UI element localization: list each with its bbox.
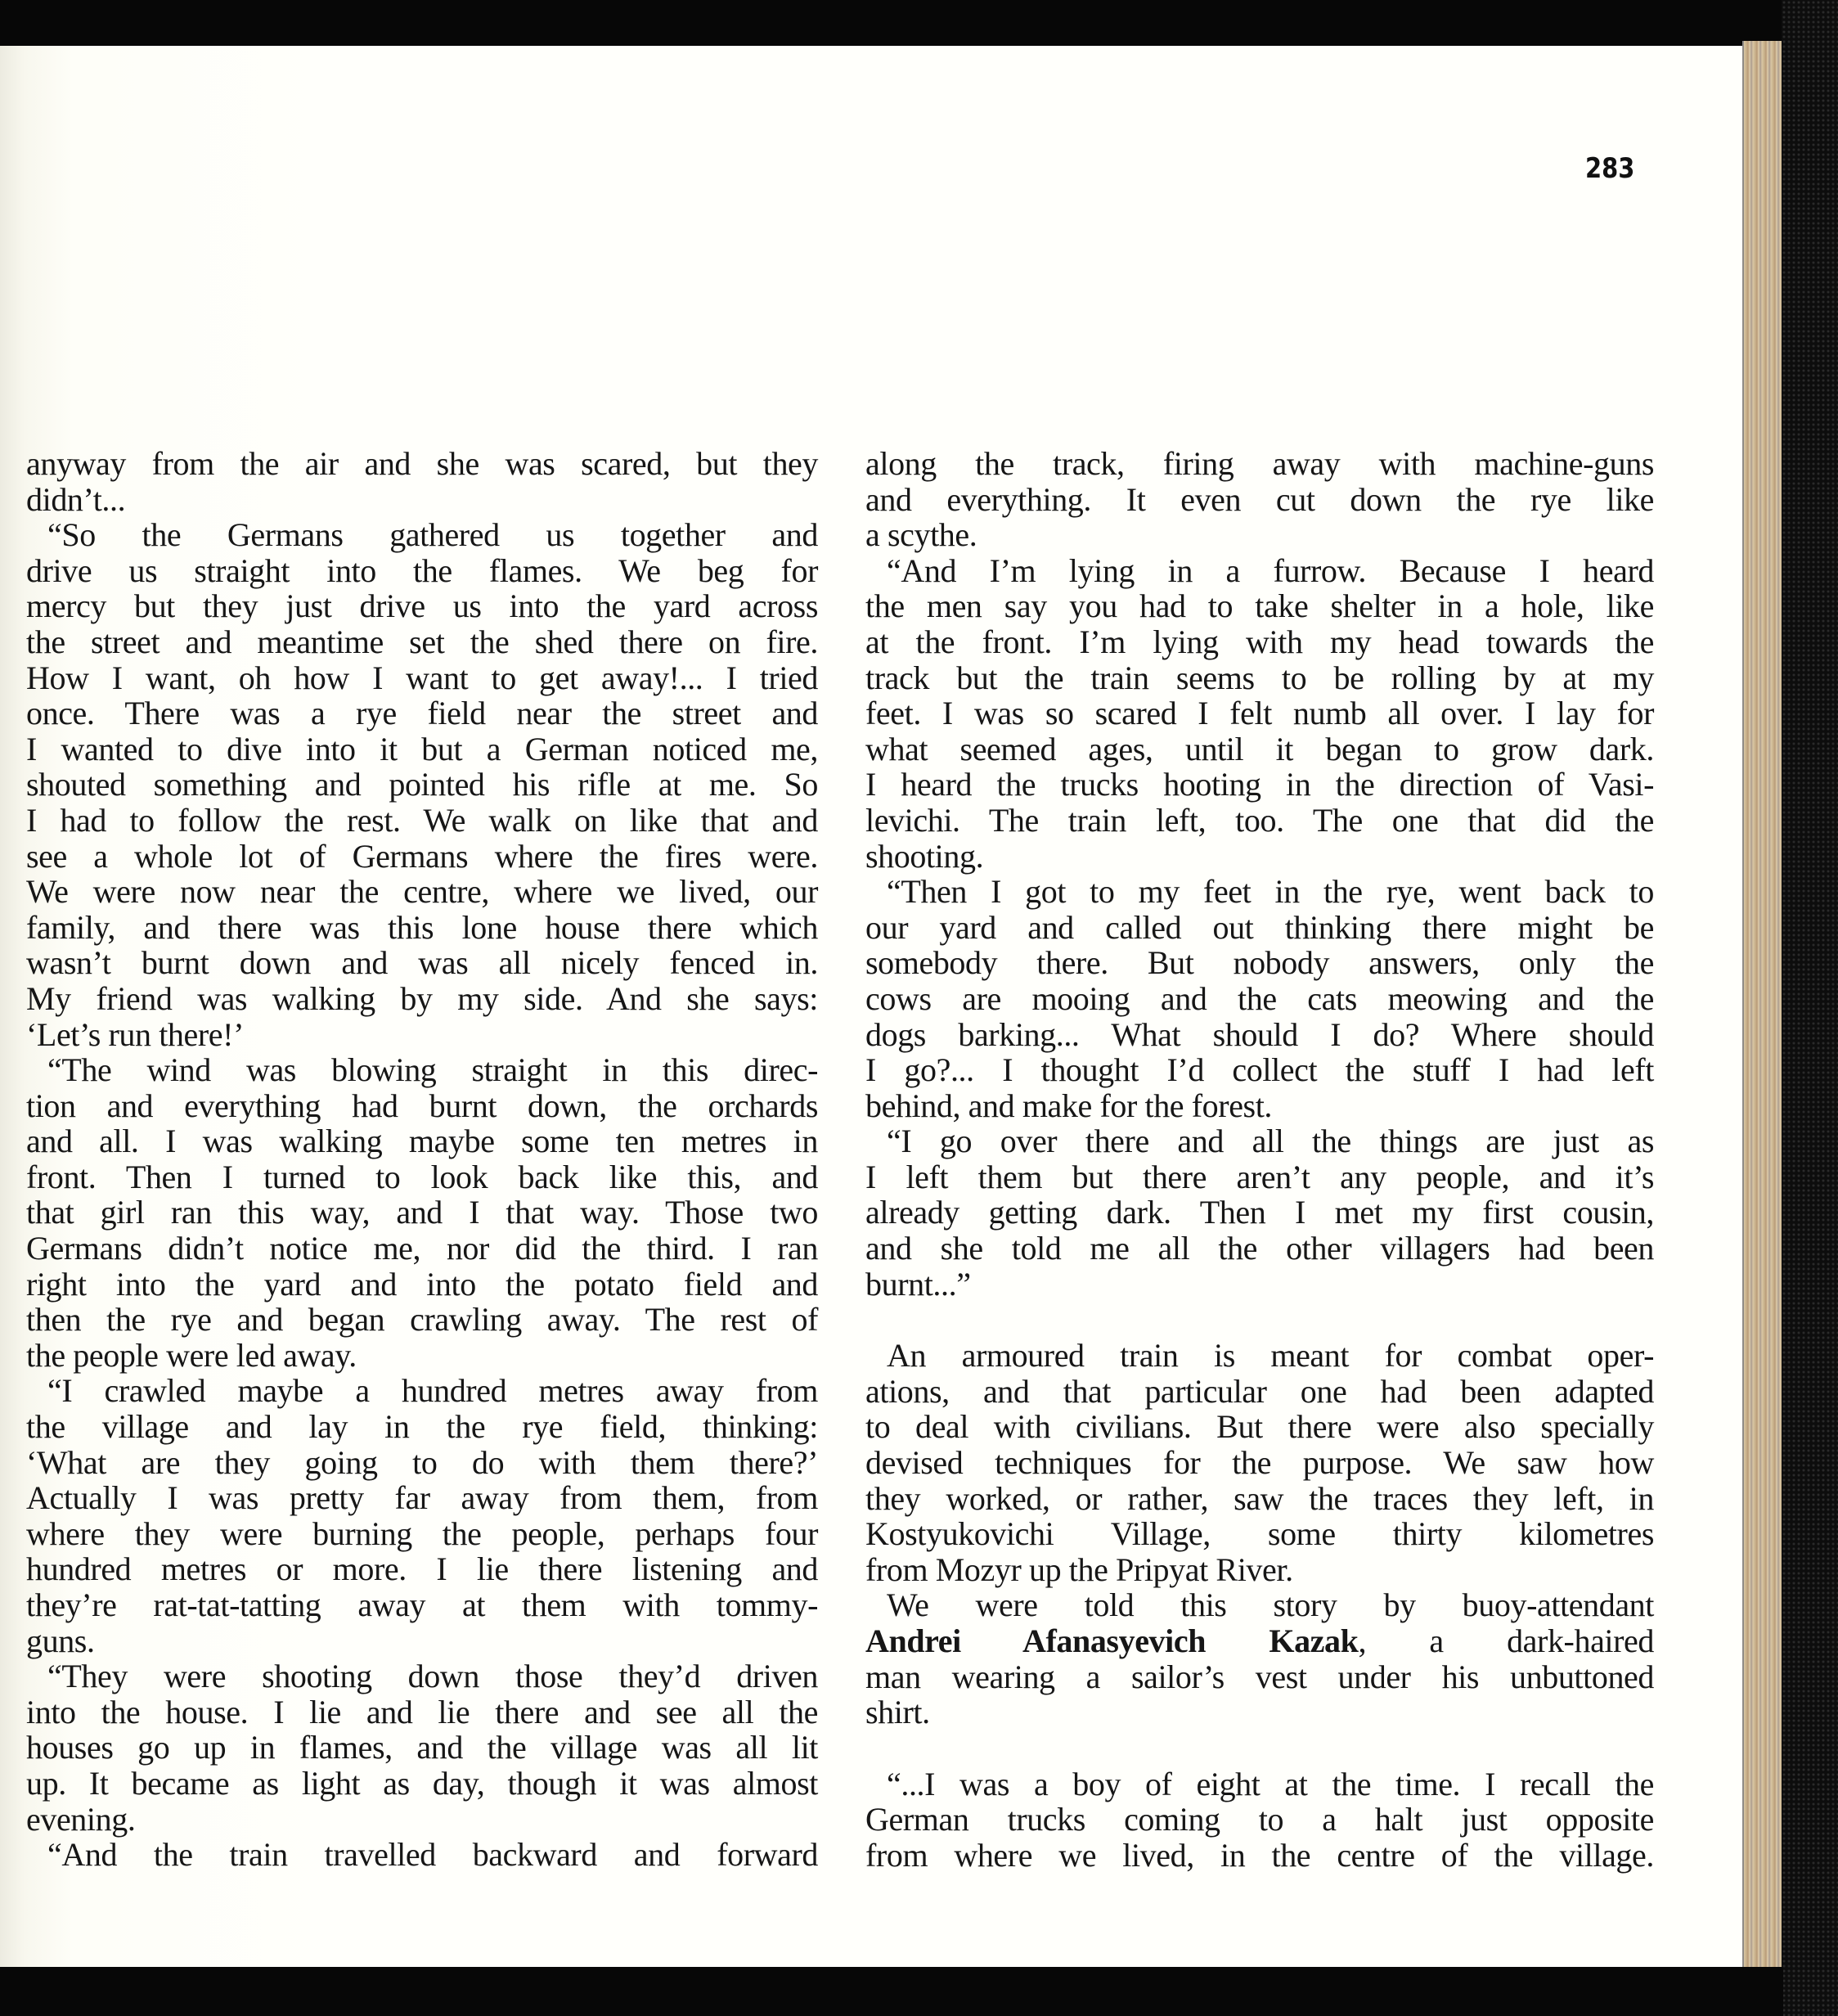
text-line: guns. [26, 1623, 818, 1659]
text-line: “They were shooting down those they’d dr… [26, 1658, 818, 1694]
text-line: the men say you had to take shelter in a… [865, 588, 1654, 624]
text-line: “Then I got to my feet in the rye, went … [865, 874, 1654, 910]
text-line: feet. I was so scared I felt numb all ov… [865, 695, 1654, 731]
text-line: I had to follow the rest. We walk on lik… [26, 803, 818, 839]
text-line: My friend was walking by my side. And sh… [26, 981, 818, 1017]
text-line: man wearing a sailor’s vest under his un… [865, 1659, 1654, 1695]
text-line: up. It became as light as day, though it… [26, 1766, 818, 1802]
text-line: I left them but there aren’t any people,… [865, 1159, 1654, 1195]
text-line: the street and meantime set the shed the… [26, 624, 818, 660]
text-line: what seemed ages, until it began to grow… [865, 731, 1654, 767]
text-line: Germans didn’t notice me, nor did the th… [26, 1231, 818, 1267]
text-line: family, and there was this lone house th… [26, 910, 818, 946]
text-line: wasn’t burnt down and was all nicely fen… [26, 945, 818, 981]
text-line: Actually I was pretty far away from them… [26, 1480, 818, 1516]
book-cover [1782, 0, 1838, 2016]
page-number: 283 [1585, 152, 1634, 185]
text-line: they worked, or rather, saw the traces t… [865, 1481, 1654, 1517]
text-line: tion and everything had burnt down, the … [26, 1088, 818, 1124]
text-line: track but the train seems to be rolling … [865, 660, 1654, 696]
text-line: somebody there. But nobody answers, only… [865, 945, 1654, 981]
text-line: front. Then I turned to look back like t… [26, 1159, 818, 1195]
paragraph-gap [865, 1302, 1654, 1338]
text-line: right into the yard and into the potato … [26, 1267, 818, 1303]
text-line: “The wind was blowing straight in this d… [26, 1052, 818, 1088]
text-line: the people were led away. [26, 1338, 818, 1374]
text-line: already getting dark. Then I met my firs… [865, 1195, 1654, 1231]
text-line: German trucks coming to a halt just oppo… [865, 1802, 1654, 1838]
text-line: hundred metres or more. I lie there list… [26, 1551, 818, 1587]
text-line: our yard and called out thinking there m… [865, 910, 1654, 946]
text-line: from where we lived, in the centre of th… [865, 1838, 1654, 1874]
text-line: We were told this story by buoy-attendan… [865, 1587, 1654, 1623]
text-line: didn’t... [26, 482, 818, 518]
text-line: into the house. I lie and lie there and … [26, 1694, 818, 1730]
bottom-shadow [0, 1967, 1783, 2016]
text-line: from Mozyr up the Pripyat River. [865, 1552, 1654, 1588]
text-line: I wanted to dive into it but a German no… [26, 731, 818, 767]
person-name: Andrei Afanasyevich Kazak [865, 1622, 1359, 1659]
text-line: I go?... I thought I’d collect the stuff… [865, 1052, 1654, 1088]
text-line: Kostyukovichi Village, some thirty kilom… [865, 1516, 1654, 1552]
text-line: ‘Let’s run there!’ [26, 1017, 818, 1053]
paragraph-gap [865, 1730, 1654, 1766]
text-line: dogs barking... What should I do? Where … [865, 1017, 1654, 1053]
text-line: behind, and make for the forest. [865, 1088, 1654, 1124]
text-line: a scythe. [865, 517, 1654, 553]
text-line: Andrei Afanasyevich Kazak, a dark-haired [865, 1623, 1654, 1659]
text-line: shooting. [865, 839, 1654, 875]
text-line: burnt...” [865, 1267, 1654, 1303]
text-line: shouted something and pointed his rifle … [26, 767, 818, 803]
right-column: along the track, firing away with machin… [865, 446, 1654, 1874]
text-fragment: , a dark-haired [1359, 1622, 1655, 1659]
text-line: anyway from the air and she was scared, … [26, 446, 818, 482]
text-line: cows are mooing and the cats meowing and… [865, 981, 1654, 1017]
text-line: along the track, firing away with machin… [865, 446, 1654, 482]
text-line: We were now near the centre, where we li… [26, 874, 818, 910]
text-line: levichi. The train left, too. The one th… [865, 803, 1654, 839]
page-edges [1742, 41, 1783, 1972]
text-line: How I want, oh how I want to get away!..… [26, 660, 818, 696]
text-line: and she told me all the other villagers … [865, 1231, 1654, 1267]
text-line: where they were burning the people, perh… [26, 1516, 818, 1552]
text-line: then the rye and began crawling away. Th… [26, 1302, 818, 1338]
text-line: I heard the trucks hooting in the direct… [865, 767, 1654, 803]
text-line: to deal with civilians. But there were a… [865, 1409, 1654, 1445]
text-line: “I crawled maybe a hundred metres away f… [26, 1373, 818, 1409]
text-line: and everything. It even cut down the rye… [865, 482, 1654, 518]
text-line: shirt. [865, 1694, 1654, 1730]
text-line: and all. I was walking maybe some ten me… [26, 1123, 818, 1159]
text-line: houses go up in flames, and the village … [26, 1730, 818, 1766]
text-line: ‘What are they going to do with them the… [26, 1445, 818, 1481]
text-line: that girl ran this way, and I that way. … [26, 1195, 818, 1231]
text-line: see a whole lot of Germans where the fir… [26, 839, 818, 875]
text-line: “And I’m lying in a furrow. Because I he… [865, 553, 1654, 589]
text-line: at the front. I’m lying with my head tow… [865, 624, 1654, 660]
text-line: “...I was a boy of eight at the time. I … [865, 1766, 1654, 1802]
text-line: mercy but they just drive us into the ya… [26, 588, 818, 624]
text-line: once. There was a rye field near the str… [26, 695, 818, 731]
text-line: ations, and that particular one had been… [865, 1374, 1654, 1410]
text-line: “So the Germans gathered us together and [26, 517, 818, 553]
text-line: the village and lay in the rye field, th… [26, 1409, 818, 1445]
left-column: anyway from the air and she was scared, … [26, 446, 818, 1873]
text-line: drive us straight into the flames. We be… [26, 553, 818, 589]
text-line: devised techniques for the purpose. We s… [865, 1445, 1654, 1481]
text-line: “And the train travelled backward and fo… [26, 1837, 818, 1873]
text-line: “I go over there and all the things are … [865, 1123, 1654, 1159]
text-line: evening. [26, 1802, 818, 1838]
text-line: they’re rat-tat-tatting away at them wit… [26, 1587, 818, 1623]
text-line: An armoured train is meant for combat op… [865, 1338, 1654, 1374]
